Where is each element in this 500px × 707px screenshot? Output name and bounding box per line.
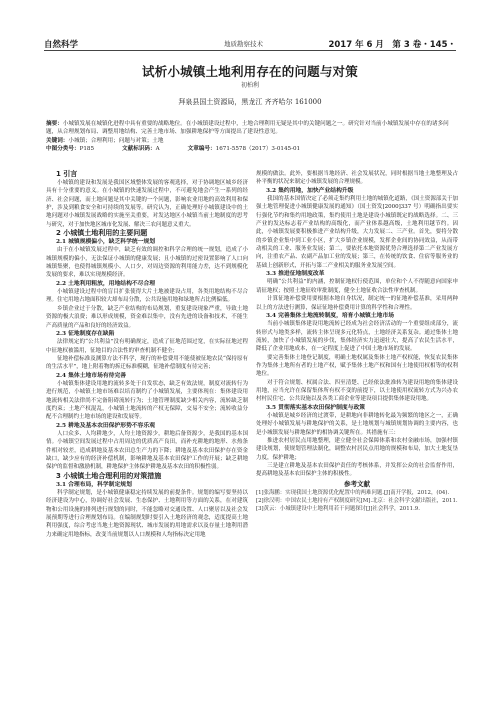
- running-head: 自然科学 地质勘察技术 2017 年 6 月 第 3 卷・145・: [44, 38, 456, 51]
- affiliation: 拜泉县国土资源局，黑龙江 齐齐哈尔 161000: [44, 97, 456, 107]
- reference-item: [1]张海鹏：实现我国土地资源优化配置中的两难问题.[J]南开学报，2012，(…: [256, 489, 458, 497]
- subsection-heading: 3.1 合理布局，科学制定规划: [46, 481, 248, 489]
- paragraph: 人口众多、人均耕地少，人均土地资源少，耕地后备资源少，是我国的基本国情。小城镇空…: [46, 430, 248, 472]
- paragraph: 推进农村居民点用地整理，建立健全社会保障体系和农村金融市场，加强村镇建设规划，使…: [256, 437, 458, 462]
- paragraph: 小城镇的建设和发展是我国区域整体发展的客观选择，对于协调地区城乡经济具有十分重要…: [46, 179, 248, 229]
- abstract-label: 摘要：: [46, 121, 63, 127]
- paragraph: 由于在小城镇发展过程中，缺乏有效的调控和科学合理的统一规划，造成了小城镇规模的偏…: [46, 246, 248, 279]
- left-column: 1 引言 小城镇的建设和发展是我国区域整体发展的客观选择，对于协调地区城乡经济具…: [46, 170, 248, 539]
- subsection-heading: 2.3 征地制度存在缺陷: [46, 330, 248, 338]
- section-heading: 3 小城镇土地合理利用的对策措施: [46, 472, 248, 481]
- paragraph: 小城镇是城乡经济的过渡带，是耕地向非耕地转化最为频繁的地区之一，正确处理好小城镇…: [256, 412, 458, 437]
- subsection-heading: 2.4 集体土地市场有待完善: [46, 372, 248, 380]
- paragraph: 要完善集体土地登记制度，明确土地权属及集体土地产权权能，恢复农民集体作为集体土地…: [256, 354, 458, 379]
- article-no-value: 1671-5578（2017）3-0145-01: [216, 146, 300, 152]
- subsection-heading: 3.5 贯彻落实基本农田保护制度与政策: [256, 404, 458, 412]
- section-label: 自然科学: [44, 38, 78, 50]
- paragraph: 明确“公共利益”的内涵，控制征地权行使范围，单位和个人不得随意向国家申请征地权；…: [256, 278, 458, 295]
- section-heading: 2 小城镇土地利用的主要问题: [46, 229, 248, 238]
- subsection-heading: 3.4 完善集体土地流转制度，培育小城镇土地市场: [256, 312, 458, 320]
- paragraph: 科学制定规划，是小城镇健康稳定持续发展的前提条件。规划的编写要坚持以经济建设为中…: [46, 489, 248, 539]
- paragraph: 计算征地补偿费用要根据本地自身状况，制定统一的征地补偿基准，采用两种以上的方法进…: [256, 295, 458, 312]
- paragraph: 乡镇企业过于分散，缺乏产业结构的布局规划，重复建设现象严重，导致土地资源的极大浪…: [46, 305, 248, 330]
- subsection-heading: 2.2 土地利用粗放，用地结构不尽合理: [46, 280, 248, 288]
- paragraph: 小城镇集体建设用地的流转多处于自发状态，缺乏有效法规，制度对流转行为进行规范，小…: [46, 380, 248, 422]
- right-column: 规模的做法。此外，要根据当地经济、社会发展状况，同时根据当地土地整理及占补平衡的…: [256, 170, 458, 513]
- author: 初柏利: [44, 80, 456, 89]
- paper-title: 试析小城镇土地利用存在的问题与对策: [44, 62, 456, 80]
- journal-name: 地质勘察技术: [224, 39, 263, 48]
- paragraph: 法律规定的“公共利益”没有明确规定，造成了征地范围过宽，在实际征地过程中征地权被…: [46, 338, 248, 355]
- paragraph: 我国的基本国情决定了必须走集约利用土地的城镇化道路，《国土资源部关于加强土地管理…: [256, 195, 458, 270]
- keywords: 关键词：小城镇；合理利用；问题与对策；土地: [46, 137, 456, 145]
- references-heading: 参考文献: [256, 480, 458, 489]
- keywords-text: 小城镇；合理利用；问题与对策；土地: [68, 138, 163, 144]
- clc-value: P185: [80, 146, 94, 152]
- section-heading: 1 引言: [46, 170, 248, 179]
- paragraph: 征地补偿标准及测算方法不科学，现行的补偿费用不能使被征地农民“保持原有的生活水平…: [46, 355, 248, 372]
- abstract-text: 小城镇发展在城镇化进程中具有重要的战略地位。在小城镇建设过程中，土地合理利用无疑…: [46, 121, 449, 135]
- abstract: 摘要：小城镇发展在城镇化进程中具有重要的战略地位。在小城镇建设过程中，土地合理利…: [46, 120, 456, 137]
- paragraph: 小城镇建设过程中的盲目扩张使得大片土地被建设占用，各类用地结构不尽合理。住宅用地…: [46, 288, 248, 305]
- clc-label: 中图分类号：: [46, 146, 80, 152]
- abstract-block: 摘要：小城镇发展在城镇化进程中具有重要的战略地位。在小城镇建设过程中，土地合理利…: [46, 120, 456, 153]
- paragraph: 当前小城镇集体建设用地流转已经成为社会经济活动的一个重要组成部分，流转形式与地类…: [256, 320, 458, 353]
- classification-line: 中图分类号：P185文献标识码：A文章编号：1671-5578（2017）3-0…: [46, 145, 456, 153]
- reference-item: [3]黄云：小城镇建设中土地利用若干问题探讨[J]社会科学，2011.9.: [256, 505, 458, 513]
- subsection-heading: 3.2 集约用地，加快产业结构升级: [256, 187, 458, 195]
- issue-info: 2017 年 6 月 第 3 卷・145・: [328, 38, 456, 50]
- subsection-heading: 2.1 城镇规模偏小，缺乏科学统一规划: [46, 238, 248, 246]
- doc-code-label: 文献标识码：: [122, 146, 156, 152]
- article-no-label: 文章编号：: [188, 146, 216, 152]
- paragraph: 三是建立耕地及基本农田保护责任的考核体系，并发挥公众的社会监督作用，提高耕地及基…: [256, 462, 458, 479]
- subsection-heading: 2.5 耕地及基本农田保护形势不容乐观: [46, 422, 248, 430]
- doc-code-value: A: [156, 146, 160, 152]
- paragraph: 对于符合规划、权属合法、四至清楚、已经依法批准转为建设用地的集体建设用地，应当允…: [256, 379, 458, 404]
- keywords-label: 关键词：: [46, 138, 68, 144]
- reference-item: [2]徐汉明：中国农民土地持有产权制度研究[M].北京：社会科学文献出版社，20…: [256, 497, 458, 505]
- paragraph: 规模的做法。此外，要根据当地经济、社会发展状况，同时根据当地土地整理及占补平衡的…: [256, 170, 458, 187]
- subsection-heading: 3.3 推进征地制度改革: [256, 270, 458, 278]
